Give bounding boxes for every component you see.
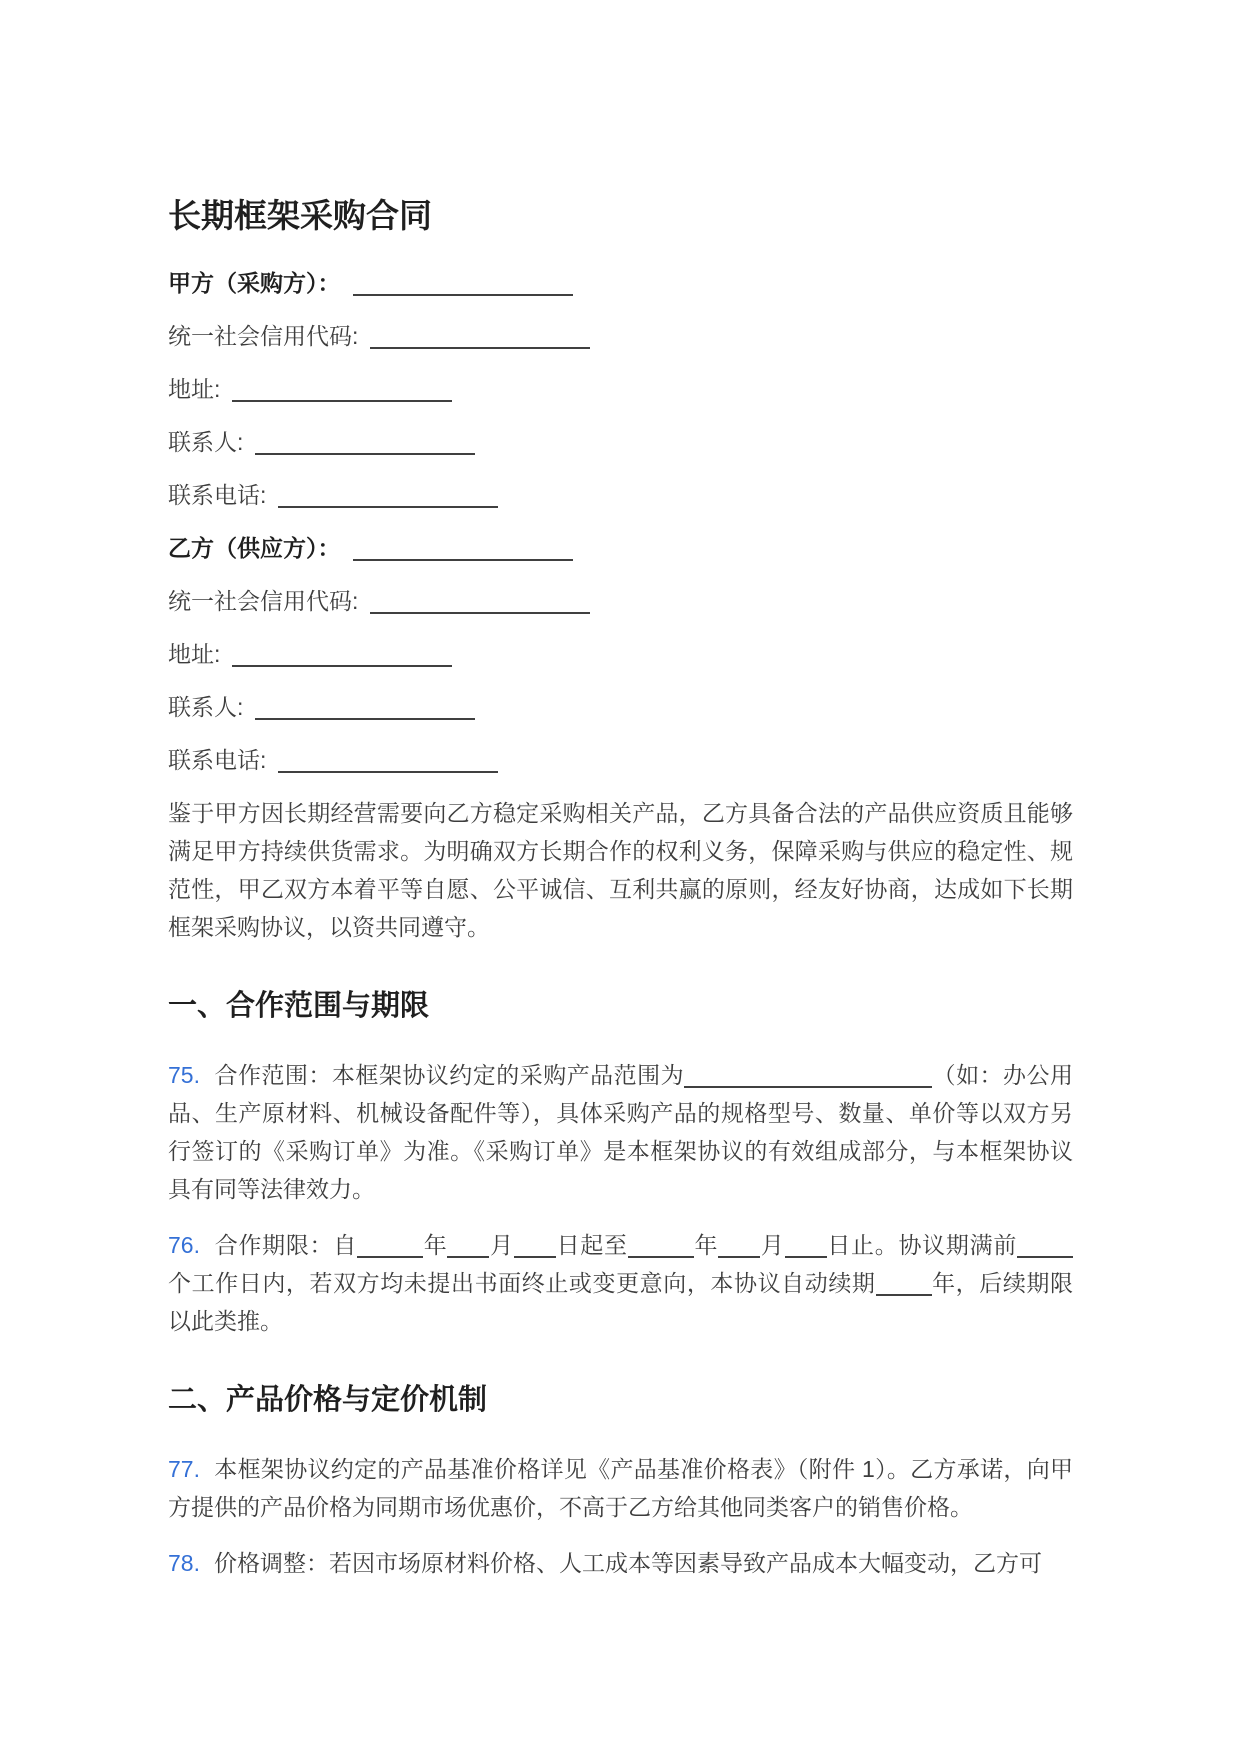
fill-in-blank [255, 695, 475, 720]
fill-in-blank [353, 271, 573, 296]
fill-in-blank [357, 1233, 423, 1258]
party-field-row: 联系电话: [168, 476, 1073, 514]
party-field-row: 统一社会信用代码: [168, 582, 1073, 620]
field-label: 联系人: [168, 694, 243, 720]
field-label: 联系人: [168, 429, 243, 455]
fill-in-blank [785, 1233, 827, 1258]
clause-number: 75. [168, 1062, 200, 1088]
clause-number: 78. [168, 1550, 200, 1576]
numbered-clause: 76.合作期限：自年月日起至年月日止。协议期满前个工作日内，若双方均未提出书面终… [168, 1226, 1073, 1340]
party-field-row: 地址: [168, 635, 1073, 673]
numbered-clause: 77.本框架协议约定的产品基准价格详见《产品基准价格表》（附件 1）。乙方承诺，… [168, 1450, 1073, 1526]
field-label: 乙方（供应方）： [168, 535, 341, 561]
party-field-row: 乙方（供应方）： [168, 529, 1073, 567]
field-label: 联系电话: [168, 747, 266, 773]
fill-in-blank [232, 377, 452, 402]
document-title: 长期框架采购合同 [168, 196, 1073, 236]
party-field-row: 联系人: [168, 423, 1073, 461]
field-label: 统一社会信用代码: [168, 588, 358, 614]
section-heading: 一、合作范围与期限 [168, 986, 1073, 1026]
party-field-row: 联系人: [168, 688, 1073, 726]
field-label: 地址: [168, 641, 220, 667]
fill-in-blank [278, 483, 498, 508]
party-field-row: 联系电话: [168, 741, 1073, 779]
numbered-clause: 78.价格调整：若因市场原材料价格、人工成本等因素导致产品成本大幅变动，乙方可 [168, 1544, 1073, 1582]
fill-in-blank [1017, 1233, 1073, 1258]
fill-in-blank [232, 642, 452, 667]
fill-in-blank [876, 1271, 932, 1296]
fill-in-blank [514, 1233, 556, 1258]
fill-in-blank [370, 324, 590, 349]
contract-sections: 一、合作范围与期限75.合作范围：本框架协议约定的采购产品范围为（如：办公用品、… [168, 986, 1073, 1582]
fill-in-blank [353, 536, 573, 561]
fill-in-blank [255, 430, 475, 455]
field-label: 地址: [168, 376, 220, 402]
contract-document-page: 长期框架采购合同 甲方（采购方）：统一社会信用代码:地址:联系人:联系电话:乙方… [0, 0, 1241, 1754]
field-label: 甲方（采购方）： [168, 270, 341, 296]
clause-number: 77. [168, 1456, 200, 1482]
party-field-row: 统一社会信用代码: [168, 317, 1073, 355]
field-label: 联系电话: [168, 482, 266, 508]
party-info-fields: 甲方（采购方）：统一社会信用代码:地址:联系人:联系电话:乙方（供应方）：统一社… [168, 264, 1073, 779]
section-heading: 二、产品价格与定价机制 [168, 1380, 1073, 1420]
party-field-row: 地址: [168, 370, 1073, 408]
fill-in-blank [447, 1233, 489, 1258]
fill-in-blank [278, 748, 498, 773]
fill-in-blank [628, 1233, 694, 1258]
fill-in-blank [684, 1063, 932, 1088]
field-label: 统一社会信用代码: [168, 323, 358, 349]
party-field-row: 甲方（采购方）： [168, 264, 1073, 302]
numbered-clause: 75.合作范围：本框架协议约定的采购产品范围为（如：办公用品、生产原材料、机械设… [168, 1056, 1073, 1208]
fill-in-blank [370, 589, 590, 614]
preamble-paragraph: 鉴于甲方因长期经营需要向乙方稳定采购相关产品，乙方具备合法的产品供应资质且能够满… [168, 794, 1073, 946]
fill-in-blank [718, 1233, 760, 1258]
clause-number: 76. [168, 1232, 200, 1258]
